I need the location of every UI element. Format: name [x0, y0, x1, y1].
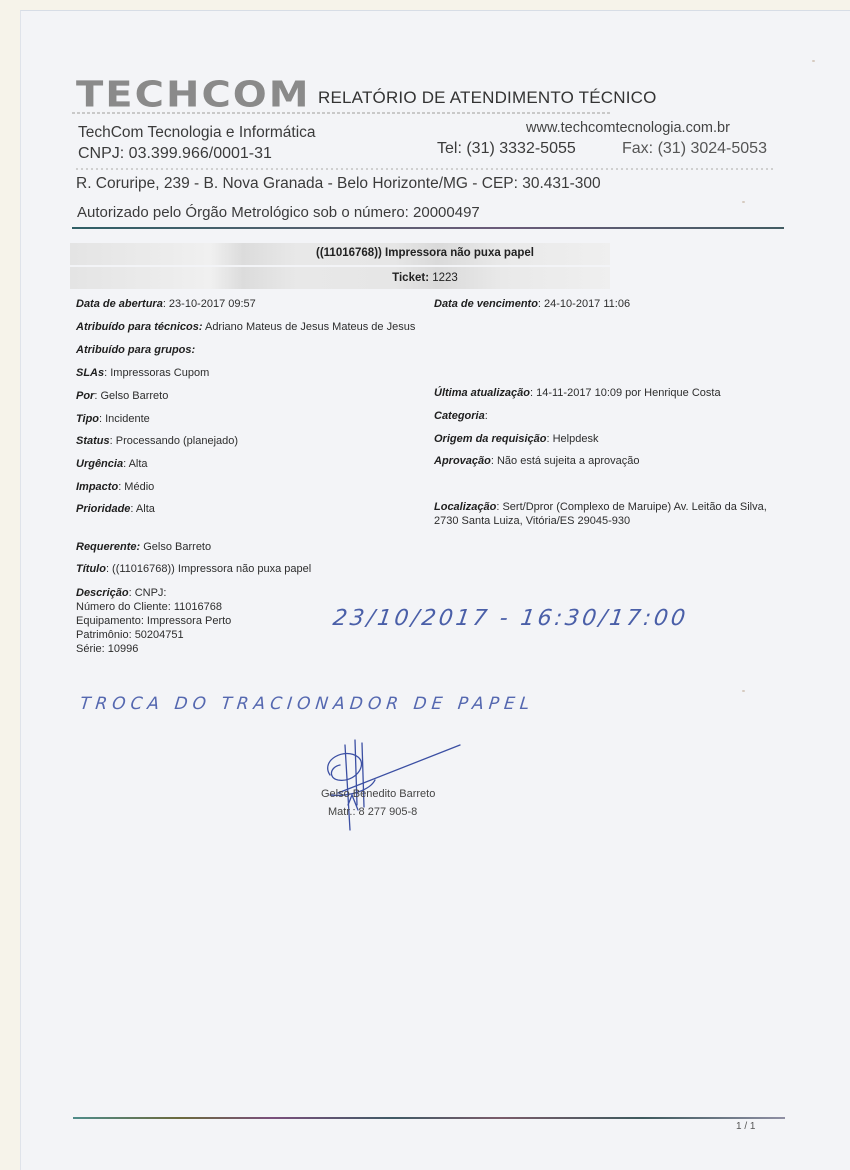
field-value: : 24-10-2017 11:06 [538, 298, 630, 310]
field-value: Adriano Mateus de Jesus Mateus de Jesus [203, 321, 416, 333]
field-grupos: Atribuído para grupos: [76, 344, 195, 356]
field-label: SLAs [76, 367, 104, 379]
field-value: : Médio [118, 481, 154, 493]
field-value: : Não está sujeita a aprovação [491, 455, 640, 467]
field-localizacao: Localização: Sert/Dpror (Complexo de Mar… [434, 500, 774, 528]
description-line: Equipamento: Impressora Perto [76, 614, 336, 628]
ticket-label: Ticket: [392, 272, 429, 284]
field-por: Por: Gelso Barreto [76, 390, 168, 402]
field-origem: Origem da requisição: Helpdesk [434, 433, 598, 445]
field-titulo: Título: ((11016768)) Impressora não puxa… [76, 563, 311, 575]
company-website: www.techcomtecnologia.com.br [526, 120, 730, 136]
scan-speck [742, 201, 745, 203]
field-label: Origem da requisição [434, 433, 546, 445]
logo-text: TECHCOM [76, 74, 311, 115]
company-address: R. Coruripe, 239 - B. Nova Granada - Bel… [76, 175, 601, 193]
field-value: : Alta [130, 503, 154, 515]
description-line: Série: 10996 [76, 642, 336, 656]
field-value: : Helpdesk [546, 433, 598, 445]
field-aprovacao: Aprovação: Não está sujeita a aprovação [434, 455, 639, 467]
field-label: Impacto [76, 481, 118, 493]
field-label: Data de abertura [76, 298, 163, 310]
field-label: Urgência [76, 458, 123, 470]
field-value: : ((11016768)) Impressora não puxa papel [106, 563, 311, 575]
company-fax: Fax: (31) 3024-5053 [622, 140, 767, 158]
field-value: : Processando (planejado) [110, 435, 238, 447]
field-label: Descrição [76, 587, 129, 599]
field-label: Última atualização [434, 387, 530, 399]
stamp-name: Gelso Benedito Barreto [321, 788, 435, 800]
ticket-number-line: Ticket: 1223 [0, 272, 850, 284]
field-label: Status [76, 435, 110, 447]
field-value: : Gelso Barreto [94, 390, 168, 402]
company-cnpj: CNPJ: 03.399.966/0001-31 [78, 145, 272, 163]
authorization-note: Autorizado pelo Órgão Metrológico sob o … [77, 204, 480, 221]
field-value: : Alta [123, 458, 147, 470]
field-label: Requerente: [76, 541, 140, 553]
stamp-registration: Matr.: 8 277 905-8 [328, 806, 417, 818]
report-title: RELATÓRIO DE ATENDIMENTO TÉCNICO [318, 88, 657, 108]
header-divider [72, 227, 784, 229]
scan-speck [812, 60, 815, 62]
ticket-title: ((11016768)) Impressora não puxa papel [0, 247, 850, 259]
field-tipo: Tipo: Incidente [76, 413, 150, 425]
field-value: : Incidente [99, 413, 150, 425]
handwritten-service-note: TROCA DO TRACIONADOR DE PAPEL [79, 694, 535, 714]
field-tecnicos: Atribuído para técnicos: Adriano Mateus … [76, 321, 415, 333]
scan-speck [742, 690, 745, 692]
field-value: : 23-10-2017 09:57 [163, 298, 256, 310]
field-label: Atribuído para técnicos: [76, 321, 203, 333]
field-label: Atribuído para grupos: [76, 344, 195, 356]
field-ultima-atualizacao: Última atualização: 14-11-2017 10:09 por… [434, 387, 721, 399]
field-value: : [485, 410, 488, 422]
field-label: Localização [434, 501, 496, 513]
field-urgencia: Urgência: Alta [76, 458, 148, 470]
field-label: Data de vencimento [434, 298, 538, 310]
field-label: Título [76, 563, 106, 575]
field-data-vencimento: Data de vencimento: 24-10-2017 11:06 [434, 298, 630, 310]
description-line: Patrimônio: 50204751 [76, 628, 336, 642]
page-number: 1 / 1 [736, 1121, 755, 1132]
field-slas: SLAs: Impressoras Cupom [76, 367, 209, 379]
field-label: Prioridade [76, 503, 130, 515]
header-dotted-divider [76, 168, 776, 170]
field-data-abertura: Data de abertura: 23-10-2017 09:57 [76, 298, 256, 310]
company-tel: Tel: (31) 3332-5055 [437, 140, 576, 158]
field-prioridade: Prioridade: Alta [76, 503, 155, 515]
field-label: Aprovação [434, 455, 491, 467]
description-line: Número do Cliente: 11016768 [76, 600, 336, 614]
field-requerente: Requerente: Gelso Barreto [76, 541, 211, 553]
logo-underline [72, 112, 612, 114]
field-impacto: Impacto: Médio [76, 481, 154, 493]
field-value: Gelso Barreto [140, 541, 211, 553]
handwritten-date-time: 23/10/2017 - 16:30/17:00 [331, 606, 689, 631]
field-label: Categoria [434, 410, 485, 422]
field-descricao: Descrição: CNPJ: Número do Cliente: 1101… [76, 586, 336, 656]
field-categoria: Categoria: [434, 410, 488, 422]
field-value: : CNPJ: [129, 587, 167, 599]
techcom-logo: TECHCOM [76, 74, 311, 115]
company-name: TechCom Tecnologia e Informática [78, 124, 316, 142]
footer-divider [73, 1117, 785, 1119]
field-label: Por [76, 390, 94, 402]
field-value: : 14-11-2017 10:09 por Henrique Costa [530, 387, 721, 399]
field-label: Tipo [76, 413, 99, 425]
field-status: Status: Processando (planejado) [76, 435, 238, 447]
field-value: : Impressoras Cupom [104, 367, 209, 379]
ticket-number: 1223 [432, 272, 458, 284]
